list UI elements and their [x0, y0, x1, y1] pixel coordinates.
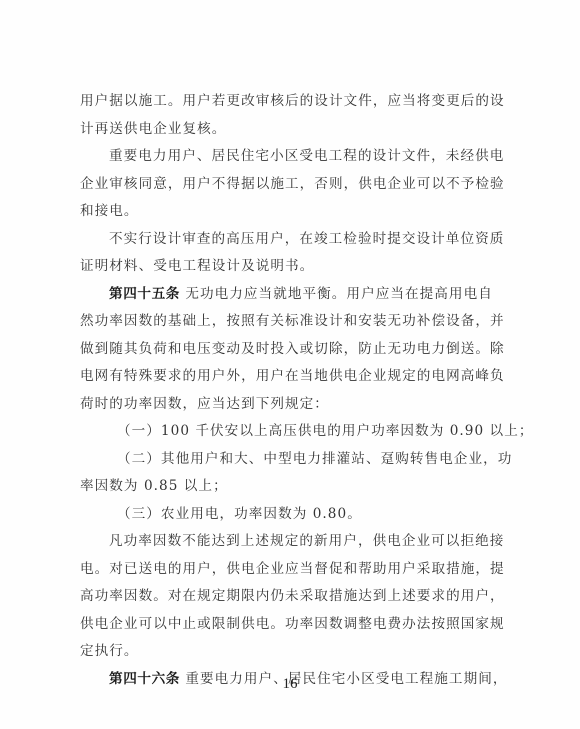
text-line: 供电企业可以中止或限制供电。功率因数调整电费办法按照国家规 [80, 611, 508, 639]
list-item-2: （二）其他用户和大、中型电力排灌站、趸购转售电企业，功 [80, 446, 508, 474]
text-line: 凡功率因数不能达到上述规定的新用户，供电企业可以拒绝接 [80, 528, 508, 556]
text-span: 无功电力应当就地平衡。用户应当在提高用电自 [180, 286, 493, 302]
text-line: 做到随其负荷和电压变动及时投入或切除，防止无功电力倒送。除 [80, 336, 508, 364]
article-45-line: 第四十五条 无功电力应当就地平衡。用户应当在提高用电自 [80, 281, 508, 309]
text-line: 电网有特殊要求的用户外，用户在当地供电企业规定的电网高峰负 [80, 363, 508, 391]
text-line: 不实行设计审查的高压用户，在竣工检验时提交设计单位资质 [80, 226, 508, 254]
text-line: 用户据以施工。用户若更改审核后的设计文件，应当将变更后的设 [80, 88, 508, 116]
text-line: 然功率因数的基础上，按照有关标准设计和安装无功补偿设备，并 [80, 308, 508, 336]
document-page: 用户据以施工。用户若更改审核后的设计文件，应当将变更后的设 计再送供电企业复核。… [0, 0, 580, 729]
text-line: 率因数为 0.85 以上； [80, 473, 508, 501]
text-line: 定执行。 [80, 638, 508, 666]
page-number: 16 [0, 676, 580, 693]
text-line: 计再送供电企业复核。 [80, 116, 508, 144]
article-heading-45: 第四十五条 [109, 286, 180, 302]
document-body: 用户据以施工。用户若更改审核后的设计文件，应当将变更后的设 计再送供电企业复核。… [80, 88, 508, 693]
text-line: 电。对已送电的用户，供电企业应当督促和帮助用户采取措施，提 [80, 556, 508, 584]
text-line: 和接电。 [80, 198, 508, 226]
text-line: 证明材料、受电工程设计及说明书。 [80, 253, 508, 281]
text-line: 企业审核同意，用户不得据以施工，否则，供电企业可以不予检验 [80, 171, 508, 199]
list-item-1: （一）100 千伏安以上高压供电的用户功率因数为 0.90 以上； [80, 418, 508, 446]
text-line: 高功率因数。对在规定期限内仍未采取措施达到上述要求的用户， [80, 583, 508, 611]
list-item-3: （三）农业用电，功率因数为 0.80。 [80, 501, 508, 529]
text-line: 荷时的功率因数，应当达到下列规定： [80, 391, 508, 419]
text-line: 重要电力用户、居民住宅小区受电工程的设计文件，未经供电 [80, 143, 508, 171]
